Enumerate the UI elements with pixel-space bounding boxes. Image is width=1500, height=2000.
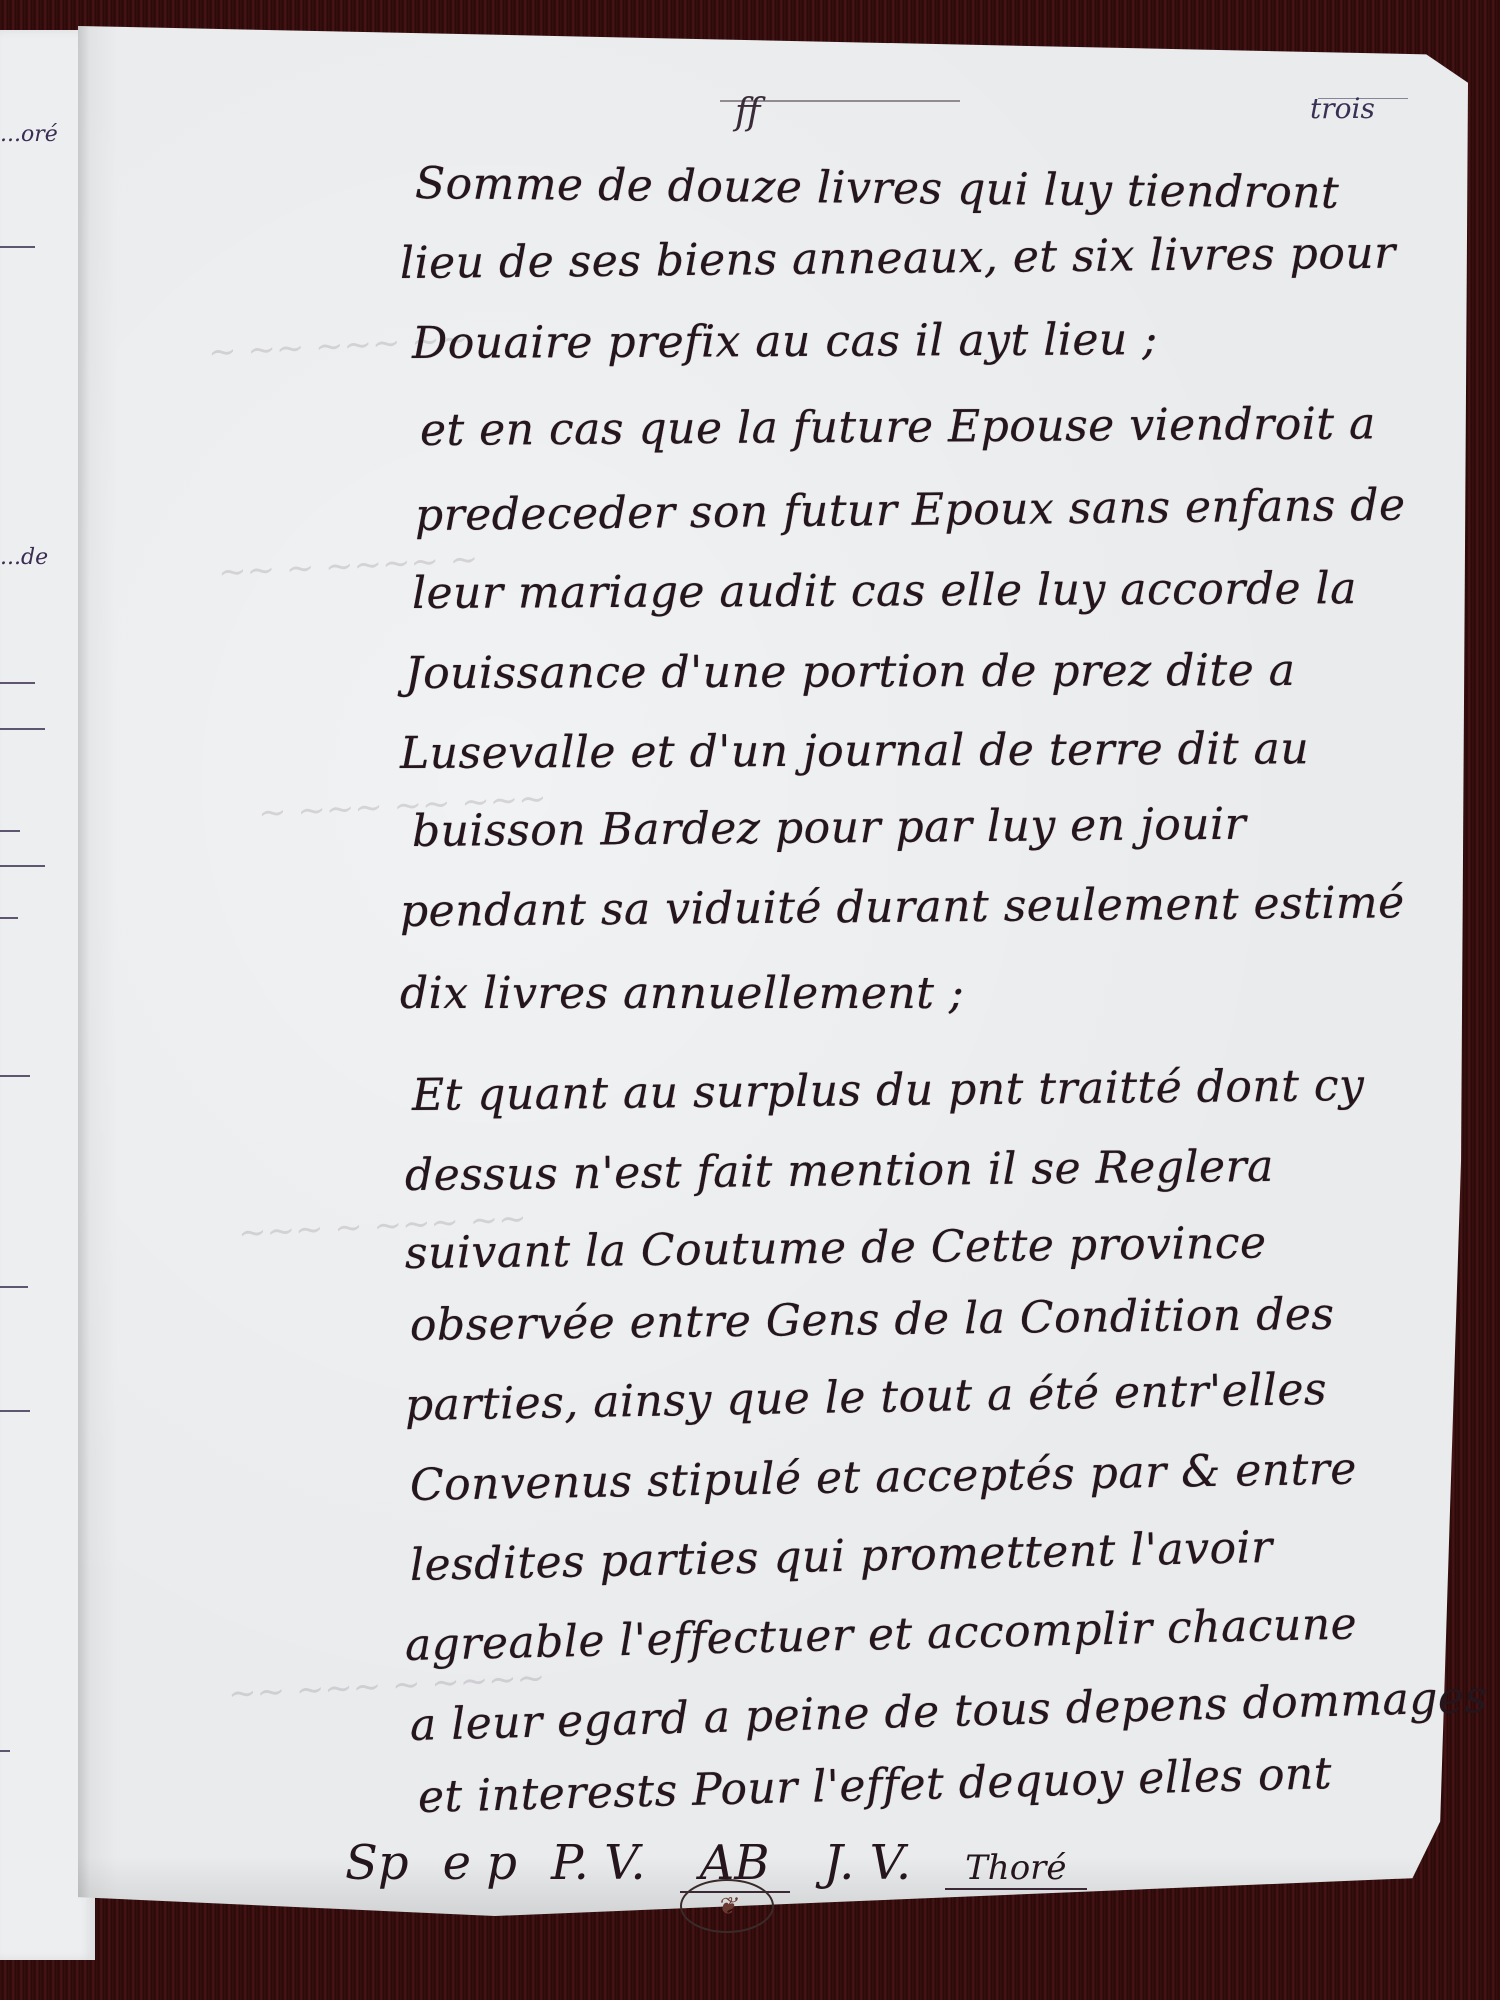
text-line: suivant la Coutume de Cette province	[405, 1217, 1267, 1279]
text-line: lieu de ses biens anneaux, et six livres…	[400, 228, 1396, 289]
left-page-stroke	[0, 830, 20, 832]
signature-with-stamp: AB ❦	[680, 1835, 790, 1893]
text-line: buisson Bardez pour par luy en jouir	[412, 799, 1247, 857]
text-line: pendant sa viduité durant seulement esti…	[400, 877, 1405, 937]
left-page-stroke	[0, 1286, 28, 1288]
catchword: trois	[1310, 92, 1375, 125]
paraph-stamp: ❦	[680, 1879, 774, 1933]
text-line: dessus n'est fait mention il se Reglera	[405, 1141, 1274, 1201]
page-fold-shadow	[78, 26, 90, 1916]
folio-mark: ff	[735, 92, 761, 133]
text-line: Somme de douze livres qui luy tiendront	[415, 158, 1340, 219]
signature: P. V.	[551, 1835, 646, 1891]
left-page-stroke	[0, 917, 18, 919]
left-page-stroke	[0, 728, 45, 730]
left-page-fragment: ...de	[0, 545, 48, 570]
left-page-stroke	[0, 682, 35, 684]
signature: Thoré	[945, 1848, 1086, 1890]
text-line: Et quant au surplus du pnt traitté dont …	[412, 1060, 1365, 1121]
signature: Sp	[345, 1835, 409, 1891]
text-line: Lusevalle et d'un journal de terre dit a…	[400, 723, 1309, 779]
left-page-stroke	[0, 1750, 10, 1752]
text-line: dix livres annuellement ;	[400, 968, 964, 1019]
left-page-stroke	[0, 246, 35, 248]
left-page-fragment: ...oré	[0, 122, 58, 147]
left-page-stroke	[0, 1075, 30, 1077]
text-line: Jouissance d'une portion de prez dite a	[405, 645, 1296, 699]
text-line: et en cas que la future Epouse viendroit…	[420, 398, 1376, 456]
text-line: Douaire prefix au cas il ayt lieu ;	[412, 314, 1158, 369]
left-page-stroke	[0, 1410, 30, 1412]
left-page-stroke	[0, 865, 45, 867]
text-line: leur mariage audit cas elle luy accorde …	[412, 563, 1357, 619]
signature: J. V.	[824, 1835, 912, 1891]
signature-block: Sp e p P. V. AB ❦ J. V. Thoré	[345, 1835, 1087, 1893]
text-line: predeceder son futur Epoux sans enfans d…	[415, 480, 1406, 541]
signature: e p	[443, 1835, 517, 1891]
